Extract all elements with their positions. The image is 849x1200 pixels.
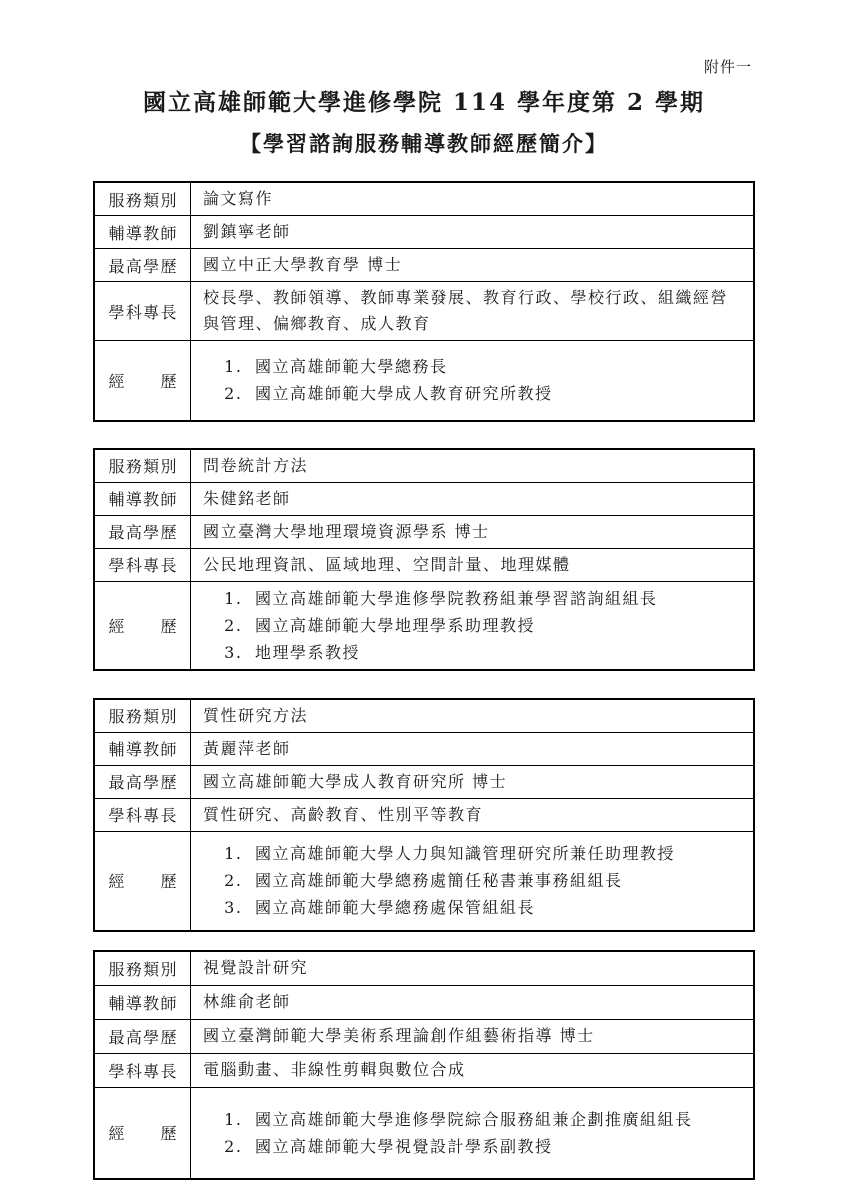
document-content: 國立高雄師範大學進修學院 114 學年度第 2 學期 【學習諮詢服務輔導教師經歷… <box>0 0 849 1180</box>
experience-list: 國立高雄師範大學進修學院教務組兼學習諮詢組組長國立高雄師範大學地理學系助理教授地… <box>203 585 745 666</box>
field-label-experience: 經歷 <box>94 581 191 670</box>
specialty-value: 電腦動畫、非線性剪輯與數位合成 <box>191 1053 755 1087</box>
experience-item: 國立高雄師範大學總務處簡任秘書兼事務組組長 <box>249 867 745 894</box>
specialty-value: 公民地理資訊、區域地理、空間計量、地理媒體 <box>191 548 755 581</box>
table-row: 輔導教師 黃麗萍老師 <box>94 732 754 765</box>
experience-value: 國立高雄師範大學人力與知識管理研究所兼任助理教授國立高雄師範大學總務處簡任秘書兼… <box>191 831 755 931</box>
field-label-service-type: 服務類別 <box>94 699 191 733</box>
degree-value: 國立中正大學教育學 博士 <box>191 249 755 282</box>
degree-value: 國立臺灣師範大學美術系理論創作組藝術指導 博士 <box>191 1019 755 1053</box>
experience-value: 國立高雄師範大學進修學院綜合服務組兼企劃推廣組組長國立高雄師範大學視覺設計學系副… <box>191 1087 755 1179</box>
table-row: 服務類別 問卷統計方法 <box>94 449 754 483</box>
experience-item: 國立高雄師範大學人力與知識管理研究所兼任助理教授 <box>249 840 745 867</box>
table-row: 服務類別 論文寫作 <box>94 182 754 216</box>
experience-item: 國立高雄師範大學成人教育研究所教授 <box>249 380 745 407</box>
experience-item: 國立高雄師範大學進修學院教務組兼學習諮詢組組長 <box>249 585 745 612</box>
tutor-value: 朱健銘老師 <box>191 482 755 515</box>
table-row: 學科專長 公民地理資訊、區域地理、空間計量、地理媒體 <box>94 548 754 581</box>
field-label-service-type: 服務類別 <box>94 449 191 483</box>
experience-item: 國立高雄師範大學地理學系助理教授 <box>249 612 745 639</box>
field-label-specialty: 學科專長 <box>94 1053 191 1087</box>
experience-list: 國立高雄師範大學人力與知識管理研究所兼任助理教授國立高雄師範大學總務處簡任秘書兼… <box>203 840 745 921</box>
tutor-profile-table-3: 服務類別 質性研究方法 輔導教師 黃麗萍老師 最高學歷 國立高雄師範大學成人教育… <box>93 698 755 933</box>
field-label-experience: 經歷 <box>94 1087 191 1179</box>
field-label-tutor: 輔導教師 <box>94 216 191 249</box>
field-label-tutor: 輔導教師 <box>94 482 191 515</box>
service-type-value: 論文寫作 <box>191 182 755 216</box>
page-title: 國立高雄師範大學進修學院 114 學年度第 2 學期 <box>93 88 755 118</box>
tutor-value: 林維俞老師 <box>191 985 755 1019</box>
tutor-value: 黃麗萍老師 <box>191 732 755 765</box>
document-page: 附件一 國立高雄師範大學進修學院 114 學年度第 2 學期 【學習諮詢服務輔導… <box>0 0 849 1200</box>
attachment-label: 附件一 <box>704 56 752 77</box>
field-label-degree: 最高學歷 <box>94 765 191 798</box>
table-row: 學科專長 電腦動畫、非線性剪輯與數位合成 <box>94 1053 754 1087</box>
table-row: 學科專長 校長學、教師領導、教師專業發展、教育行政、學校行政、組織經營與管理、偏… <box>94 282 754 341</box>
field-label-service-type: 服務類別 <box>94 182 191 216</box>
service-type-value: 視覺設計研究 <box>191 951 755 985</box>
field-label-degree: 最高學歷 <box>94 515 191 548</box>
field-label-specialty: 學科專長 <box>94 798 191 831</box>
tutor-profile-table-4: 服務類別 視覺設計研究 輔導教師 林維俞老師 最高學歷 國立臺灣師範大學美術系理… <box>93 950 755 1180</box>
experience-list: 國立高雄師範大學進修學院綜合服務組兼企劃推廣組組長國立高雄師範大學視覺設計學系副… <box>203 1106 745 1160</box>
table-row: 最高學歷 國立臺灣大學地理環境資源學系 博士 <box>94 515 754 548</box>
field-label-degree: 最高學歷 <box>94 1019 191 1053</box>
specialty-value: 校長學、教師領導、教師專業發展、教育行政、學校行政、組織經營與管理、偏鄉教育、成… <box>191 282 755 341</box>
tutor-profile-table-2: 服務類別 問卷統計方法 輔導教師 朱健銘老師 最高學歷 國立臺灣大學地理環境資源… <box>93 448 755 671</box>
field-label-specialty: 學科專長 <box>94 548 191 581</box>
service-type-value: 質性研究方法 <box>191 699 755 733</box>
experience-item: 國立高雄師範大學視覺設計學系副教授 <box>249 1133 745 1160</box>
table-row: 服務類別 視覺設計研究 <box>94 951 754 985</box>
degree-value: 國立高雄師範大學成人教育研究所 博士 <box>191 765 755 798</box>
table-row: 經歷 國立高雄師範大學進修學院綜合服務組兼企劃推廣組組長國立高雄師範大學視覺設計… <box>94 1087 754 1179</box>
experience-value: 國立高雄師範大學進修學院教務組兼學習諮詢組組長國立高雄師範大學地理學系助理教授地… <box>191 581 755 670</box>
table-row: 輔導教師 劉鎮寧老師 <box>94 216 754 249</box>
field-label-degree: 最高學歷 <box>94 249 191 282</box>
table-row: 經歷 國立高雄師範大學總務長國立高雄師範大學成人教育研究所教授 <box>94 341 754 421</box>
degree-value: 國立臺灣大學地理環境資源學系 博士 <box>191 515 755 548</box>
table-row: 輔導教師 朱健銘老師 <box>94 482 754 515</box>
experience-item: 地理學系教授 <box>249 639 745 666</box>
table-row: 經歷 國立高雄師範大學進修學院教務組兼學習諮詢組組長國立高雄師範大學地理學系助理… <box>94 581 754 670</box>
table-row: 最高學歷 國立高雄師範大學成人教育研究所 博士 <box>94 765 754 798</box>
field-label-tutor: 輔導教師 <box>94 732 191 765</box>
table-row: 學科專長 質性研究、高齡教育、性別平等教育 <box>94 798 754 831</box>
experience-item: 國立高雄師範大學進修學院綜合服務組兼企劃推廣組組長 <box>249 1106 745 1133</box>
field-label-specialty: 學科專長 <box>94 282 191 341</box>
page-subtitle: 【學習諮詢服務輔導教師經歷簡介】 <box>93 132 755 156</box>
table-row: 最高學歷 國立中正大學教育學 博士 <box>94 249 754 282</box>
experience-list: 國立高雄師範大學總務長國立高雄師範大學成人教育研究所教授 <box>203 353 745 407</box>
table-row: 最高學歷 國立臺灣師範大學美術系理論創作組藝術指導 博士 <box>94 1019 754 1053</box>
field-label-experience: 經歷 <box>94 831 191 931</box>
field-label-service-type: 服務類別 <box>94 951 191 985</box>
tutor-profile-table-1: 服務類別 論文寫作 輔導教師 劉鎮寧老師 最高學歷 國立中正大學教育學 博士 學… <box>93 181 755 422</box>
table-row: 服務類別 質性研究方法 <box>94 699 754 733</box>
experience-value: 國立高雄師範大學總務長國立高雄師範大學成人教育研究所教授 <box>191 341 755 421</box>
field-label-tutor: 輔導教師 <box>94 985 191 1019</box>
field-label-experience: 經歷 <box>94 341 191 421</box>
service-type-value: 問卷統計方法 <box>191 449 755 483</box>
experience-item: 國立高雄師範大學總務處保管組組長 <box>249 894 745 921</box>
table-row: 輔導教師 林維俞老師 <box>94 985 754 1019</box>
specialty-value: 質性研究、高齡教育、性別平等教育 <box>191 798 755 831</box>
experience-item: 國立高雄師範大學總務長 <box>249 353 745 380</box>
table-row: 經歷 國立高雄師範大學人力與知識管理研究所兼任助理教授國立高雄師範大學總務處簡任… <box>94 831 754 931</box>
tutor-value: 劉鎮寧老師 <box>191 216 755 249</box>
